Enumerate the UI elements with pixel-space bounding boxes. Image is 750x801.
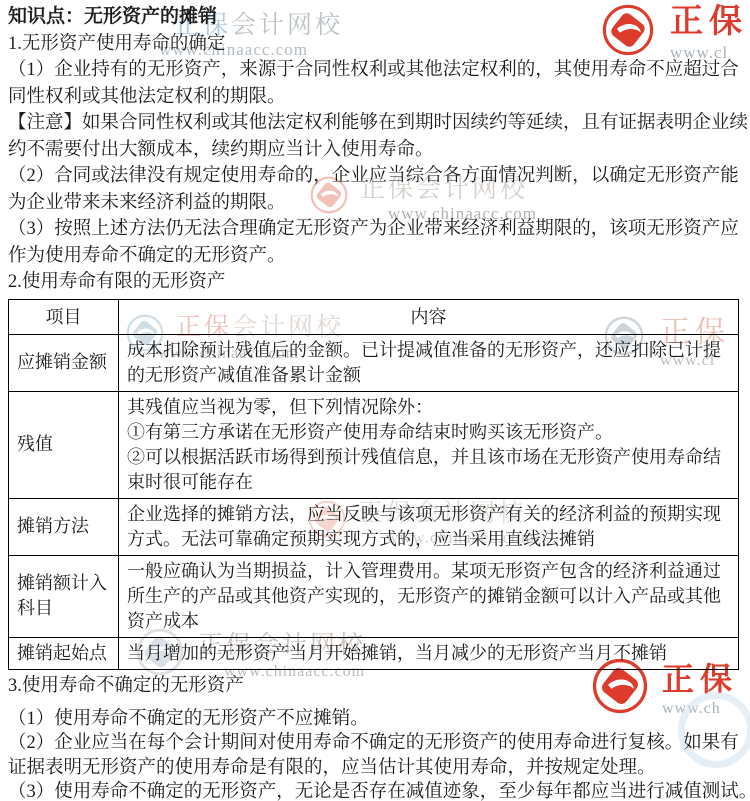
content-line: 所生产的产品或其他资产实现的，无形资产的摊销金额可以计入产品或其他: [127, 584, 730, 609]
table-header-row: 项目 内容: [9, 299, 739, 334]
row-item-label: 摊销额计入科目: [9, 555, 119, 637]
table-row: 摊销方法 企业选择的摊销方法，应当反映与该项无形资产有关的经济利益的预期实现 方…: [9, 498, 739, 555]
row-content: 一般应确认为当期损益，计入管理费用。某项无形资产包含的经济利益通过 所生产的产品…: [119, 555, 739, 637]
row-content: 当月增加的无形资产当月开始摊销，当月减少的无形资产当月不摊销: [119, 637, 739, 669]
table-row: 应摊销金额 成本扣除预计残值后的金额。已计提减值准备的无形资产，还应扣除已计提 …: [9, 334, 739, 391]
section2-heading: 2.使用寿命有限的无形资产: [8, 269, 742, 296]
section1-heading: 1.无形资产使用寿命的确定: [8, 31, 742, 58]
para-line: 约不需要付出大额成本，续约期应当计入使用寿命。: [8, 137, 742, 164]
page-title: 知识点：无形资产的摊销: [8, 4, 742, 31]
amortization-table: 项目 内容 应摊销金额 成本扣除预计残值后的金额。已计提减值准备的无形资产，还应…: [8, 299, 739, 670]
document-page: 正保会计网校 www.chinaacc.com 正保 www.cl 正保会计网校…: [0, 0, 750, 801]
row-content: 其残值应当视为零，但下列情况除外： ①有第三方承诺在无形资产使用寿命结束时购买该…: [119, 391, 739, 498]
row-item-label: 摊销起始点: [9, 637, 119, 669]
row-content: 企业选择的摊销方法，应当反映与该项无形资产有关的经济利益的预期实现 方式。无法可…: [119, 498, 739, 555]
content-line: 一般应确认为当期损益，计入管理费用。某项无形资产包含的经济利益通过: [127, 559, 730, 584]
row-item-label: 残值: [9, 391, 119, 498]
content-line: 方式。无法可靠确定预期实现方式的，应当采用直线法摊销: [127, 527, 730, 552]
para-line: （1）企业持有的无形资产，来源于合同性权利或其他法定权利的，其使用寿命不应超过合: [8, 57, 742, 84]
document-content: 知识点：无形资产的摊销 1.无形资产使用寿命的确定 （1）企业持有的无形资产，来…: [0, 0, 750, 801]
para-line: 同性权利或其他法定权利的期限。: [8, 84, 742, 111]
para-line: （2）合同或法律没有规定使用寿命的，企业应当综合各方面情况判断，以确定无形资产能: [8, 163, 742, 190]
para-line: （2）企业应当在每个会计期间对使用寿命不确定的无形资产的使用寿命进行复核。如果有: [8, 731, 742, 756]
content-line: 其残值应当视为零，但下列情况除外：: [127, 395, 730, 420]
table-header-item: 项目: [9, 299, 119, 334]
row-content: 成本扣除预计残值后的金额。已计提减值准备的无形资产，还应扣除已计提 的无形资产减…: [119, 334, 739, 391]
content-line: 当月增加的无形资产当月开始摊销，当月减少的无形资产当月不摊销: [127, 641, 730, 666]
table-row: 摊销额计入科目 一般应确认为当期损益，计入管理费用。某项无形资产包含的经济利益通…: [9, 555, 739, 637]
para-line: （3）使用寿命不确定的无形资产，无论是否存在减值迹象，至少每年都应当进行减值测试…: [8, 780, 742, 801]
para-line: 为企业带来未来经济利益的期限。: [8, 190, 742, 217]
content-line: 企业选择的摊销方法，应当反映与该项无形资产有关的经济利益的预期实现: [127, 502, 730, 527]
content-line: 资产成本: [127, 609, 730, 634]
content-line: ①有第三方承诺在无形资产使用寿命结束时购买该无形资产。: [127, 420, 730, 445]
table-row: 摊销起始点 当月增加的无形资产当月开始摊销，当月减少的无形资产当月不摊销: [9, 637, 739, 669]
para-line: 证据表明无形资产的使用寿命是有限的，应当估计其使用寿命，并按规定处理。: [8, 756, 742, 781]
table-row: 残值 其残值应当视为零，但下列情况除外： ①有第三方承诺在无形资产使用寿命结束时…: [9, 391, 739, 498]
para-line: 作为使用寿命不确定的无形资产。: [8, 243, 742, 270]
content-line: 的无形资产减值准备累计金额: [127, 363, 730, 388]
para-line-note: 【注意】如果合同性权利或其他法定权利能够在到期时因续约等延续，且有证据表明企业续: [8, 110, 742, 137]
row-item-label: 摊销方法: [9, 498, 119, 555]
content-line: 成本扣除预计残值后的金额。已计提减值准备的无形资产，还应扣除已计提: [127, 338, 730, 363]
table-header-content: 内容: [119, 299, 739, 334]
section3: 3.使用寿命不确定的无形资产 （1）使用寿命不确定的无形资产不应摊销。 （2）企…: [8, 674, 742, 801]
para-line: （3）按照上述方法仍无法合理确定无形资产为企业带来经济利益期限的，该项无形资产应: [8, 216, 742, 243]
row-item-label: 应摊销金额: [9, 334, 119, 391]
content-line: ②可以根据活跃市场得到预计残值信息，并且该市场在无形资产使用寿命结: [127, 445, 730, 470]
content-line: 束时很可能存在: [127, 470, 730, 495]
section3-heading: 3.使用寿命不确定的无形资产: [8, 674, 742, 698]
para-line: （1）使用寿命不确定的无形资产不应摊销。: [8, 707, 742, 732]
